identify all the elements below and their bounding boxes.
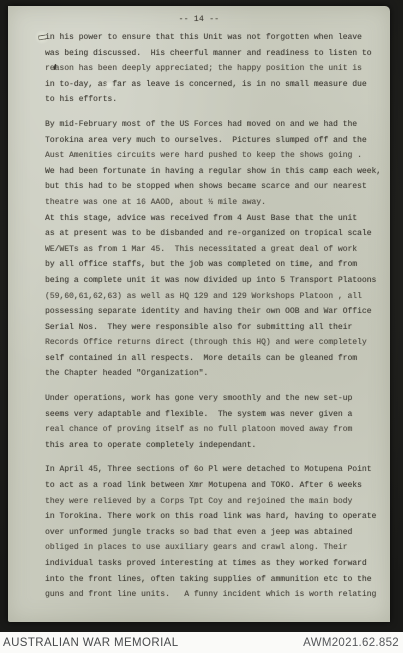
typed-line: real chance of proving itself as no full… bbox=[45, 422, 379, 438]
typed-line: guns and front line units. A funny incid… bbox=[45, 587, 379, 603]
typed-line: Under operations, work has gone very smo… bbox=[45, 391, 379, 407]
paragraph: In April 45, Three sections of 6o Pl wer… bbox=[45, 462, 379, 602]
typed-line: seems very adaptable and flexible. The s… bbox=[45, 407, 379, 423]
paragraph: Under operations, work has gone very smo… bbox=[45, 391, 379, 453]
typed-line: to act as a road link between Xmr Motupe… bbox=[45, 478, 379, 494]
typed-line: theatre was one at 16 AAOD, about ½ mile… bbox=[45, 195, 379, 211]
scan-background: -- 14 -- in his power to ensure that thi… bbox=[0, 0, 403, 653]
typed-line: being a complete unit it was now divided… bbox=[45, 273, 379, 289]
typed-line: by all office staffs, but the job was co… bbox=[45, 257, 379, 273]
typed-line: in Torokina. There work on this road lin… bbox=[45, 509, 379, 525]
typed-line: By mid-February most of the US Forces ha… bbox=[45, 117, 379, 133]
page-number: -- 14 -- bbox=[8, 14, 390, 25]
typed-line: this area to operate completely independ… bbox=[45, 438, 379, 454]
typed-line: reason has been deeply appreciated; the … bbox=[45, 61, 379, 77]
typed-line: to his efforts. bbox=[45, 92, 379, 108]
accession-number: AWM2021.62.852 bbox=[303, 637, 399, 649]
typed-line: they were relieved by a Corps Tpt Coy an… bbox=[45, 494, 379, 510]
typed-line: Aust Amenities circuits were hard pushed… bbox=[45, 148, 379, 164]
typed-line: Torokina area very much to ourselves. Pi… bbox=[45, 133, 379, 149]
institution-name: AUSTRALIAN WAR MEMORIAL bbox=[3, 637, 179, 649]
typed-line: obliged in places to use auxiliary gears… bbox=[45, 540, 379, 556]
typed-line: was being discussed. His cheerful manner… bbox=[45, 46, 379, 62]
paper-smudge bbox=[104, 81, 114, 90]
typed-line: the Chapter headed "Organization". bbox=[45, 366, 379, 382]
typed-line: At this stage, advice was received from … bbox=[45, 211, 379, 227]
typed-line: Records Office returns direct (through t… bbox=[45, 335, 379, 351]
typed-line: self contained in all respects. More det… bbox=[45, 351, 379, 367]
typed-line: over unformed jungle tracks so bad that … bbox=[45, 525, 379, 541]
typed-line: individual tasks proved interesting at t… bbox=[45, 556, 379, 572]
typed-text-body: in his power to ensure that this Unit wa… bbox=[8, 30, 390, 603]
typed-line: in his power to ensure that this Unit wa… bbox=[45, 30, 379, 46]
typed-line: We had been fortunate in having a regula… bbox=[45, 164, 379, 180]
typed-line: in to-day, as far as leave is concerned,… bbox=[45, 77, 379, 93]
paragraph: in his power to ensure that this Unit wa… bbox=[45, 30, 379, 108]
paragraph: By mid-February most of the US Forces ha… bbox=[45, 117, 379, 382]
document-page: -- 14 -- in his power to ensure that thi… bbox=[8, 6, 390, 622]
typed-line: Serial Nos. They were responsible also f… bbox=[45, 320, 379, 336]
typed-line: but this had to be stopped when shows be… bbox=[45, 179, 379, 195]
typed-line: (59,60,61,62,63) as well as HQ 129 and 1… bbox=[45, 289, 379, 305]
typed-line: into the front lines, often taking suppl… bbox=[45, 572, 379, 588]
typed-line: as at present was to be disbanded and re… bbox=[45, 226, 379, 242]
typed-line: WE/WETs as from 1 Mar 45. This necessita… bbox=[45, 242, 379, 258]
typed-line: possessing separate identity and having … bbox=[45, 304, 379, 320]
catalog-footer: AUSTRALIAN WAR MEMORIAL AWM2021.62.852 bbox=[0, 632, 403, 653]
typed-line: In April 45, Three sections of 6o Pl wer… bbox=[45, 462, 379, 478]
